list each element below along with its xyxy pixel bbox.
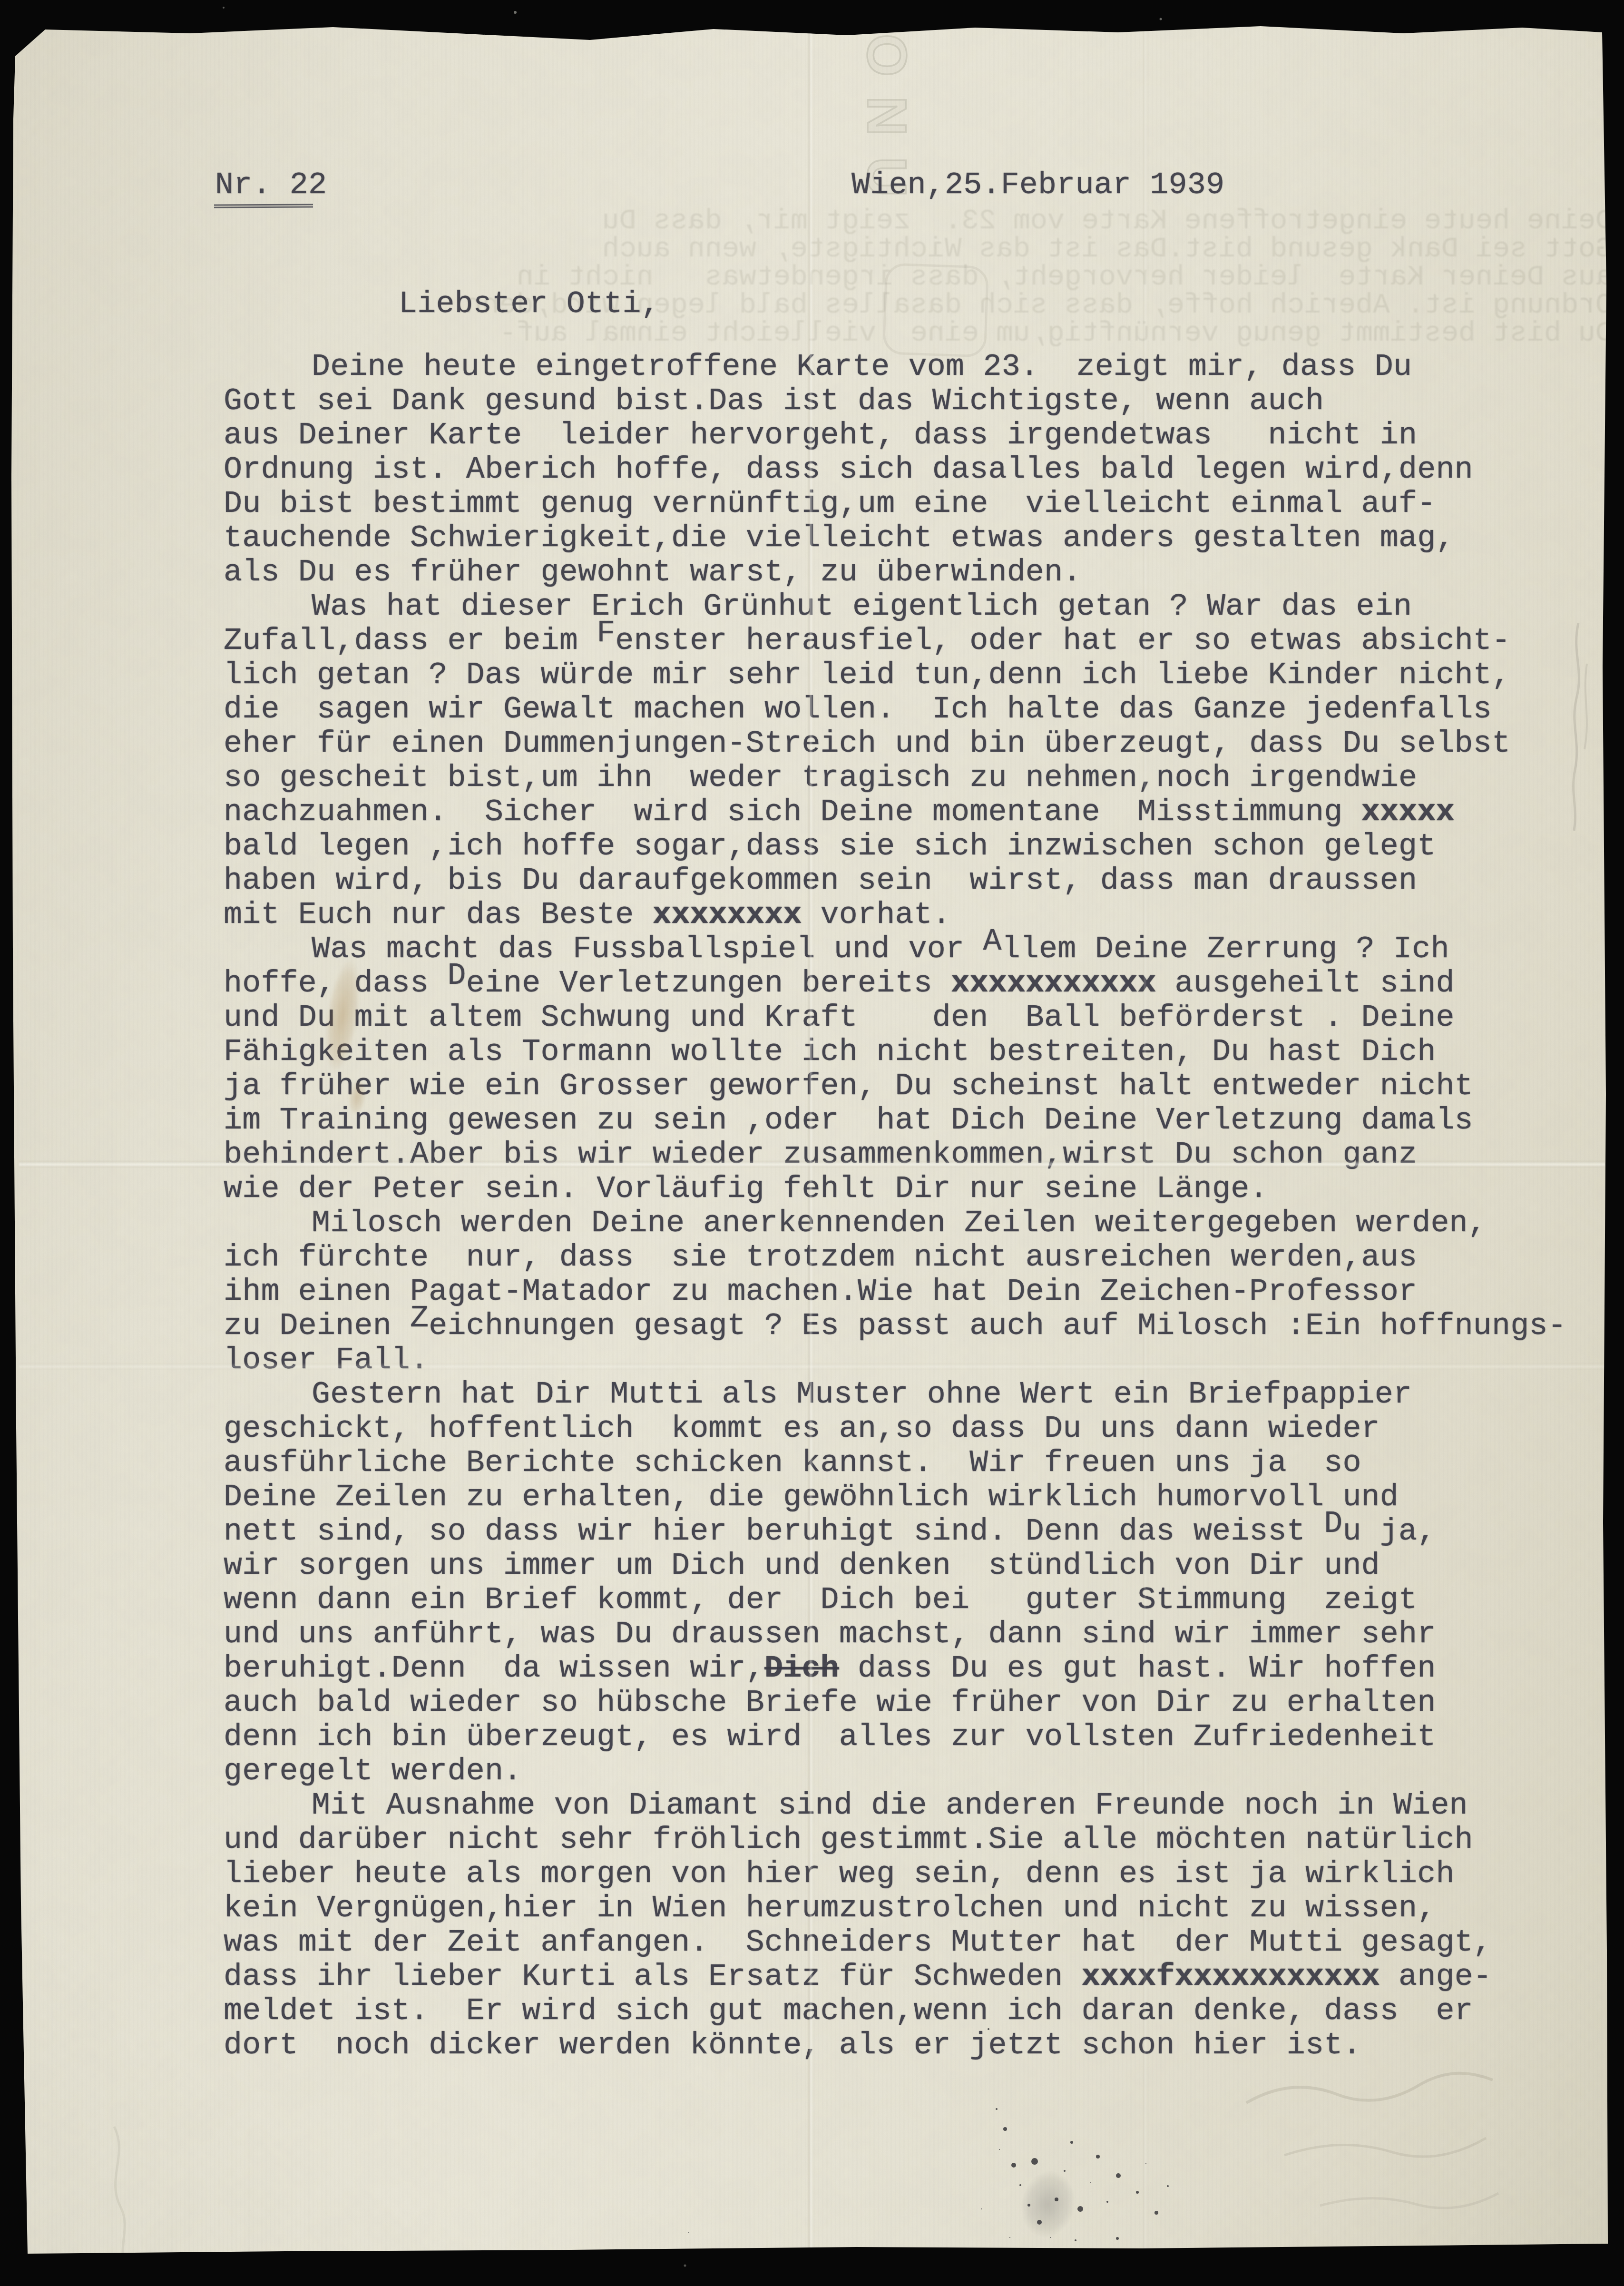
scan-background: ONU Deine heute eingetroffene Karte vom … (0, 0, 1624, 2286)
scanner-dust (0, 0, 1624, 2286)
